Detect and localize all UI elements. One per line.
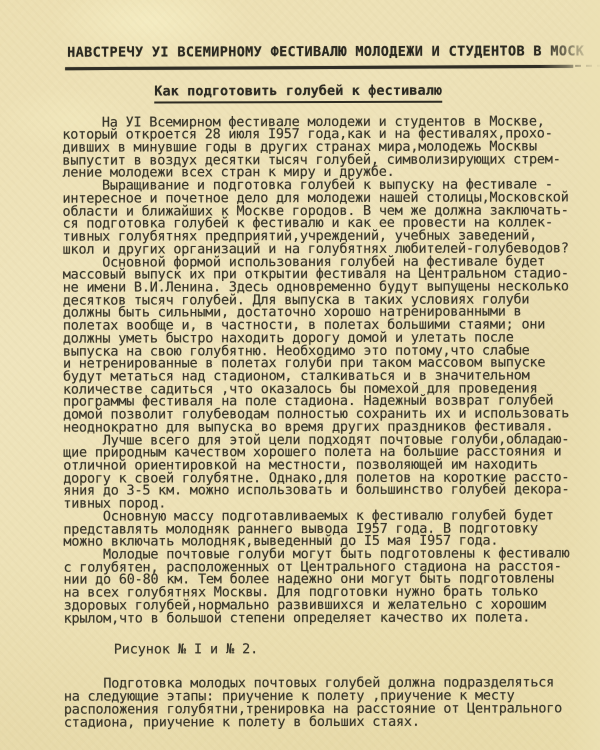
subtitle-row: Как подготовить голубей к фестивалю <box>154 79 599 103</box>
document-page: НАВСТРЕЧУ УІ ВСЕМИРНОМУ ФЕСТИВАЛЮ МОЛОДЕ… <box>0 0 600 750</box>
document-subtitle: Как подготовить голубей к фестивалю <box>154 82 442 103</box>
body-paragraph: Основной формой использования голубей на… <box>63 255 600 434</box>
closing-paragraph: Подготовка молодых почтовых голубей долж… <box>64 677 600 729</box>
document-header: НАВСТРЕЧУ УІ ВСЕМИРНОМУ ФЕСТИВАЛЮ МОЛОДЕ… <box>67 43 599 60</box>
document-content: НАВСТРЕЧУ УІ ВСЕМИРНОМУ ФЕСТИВАЛЮ МОЛОДЕ… <box>62 43 600 729</box>
body-paragraph: На УІ Всемирном фестивале молодежи и сту… <box>62 115 599 180</box>
header-underline <box>65 65 573 70</box>
document-body: На УІ Всемирном фестивале молодежи и сту… <box>62 115 600 625</box>
figure-caption: Рисунок № I и № 2. <box>114 641 600 658</box>
body-paragraph: Молодые почтовые голуби могут быть подго… <box>63 547 600 625</box>
body-paragraph: Выращивание и подготовка голубей к выпус… <box>62 178 599 256</box>
body-paragraph: Основную массу подготавливаемых к фестив… <box>63 509 600 549</box>
body-paragraph: Лучше всего для этой цели подходят почто… <box>63 433 600 511</box>
